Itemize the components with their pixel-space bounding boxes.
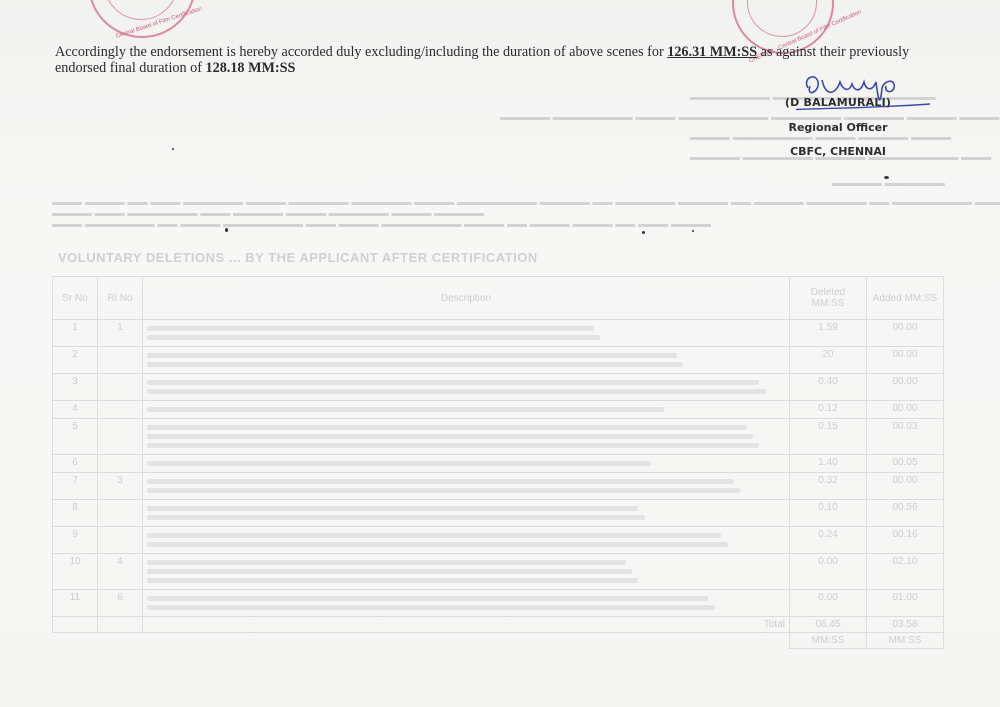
cell-deleted: 0.10	[790, 500, 867, 527]
cell-sr: 4	[53, 401, 98, 419]
cell-deleted: 0.15	[790, 419, 867, 455]
col-added: Added MM:SS	[867, 277, 944, 320]
cell-rl: 4	[98, 554, 143, 590]
cell-sr: 11	[53, 590, 98, 617]
ghost-line: ▬▬▬▬▬ ▬▬▬▬▬▬	[832, 178, 945, 189]
cell-sr: 5	[53, 419, 98, 455]
cell-deleted: 1.59	[790, 320, 867, 347]
signatory-block: (D BALAMURALI) Regional Officer CBFC, CH…	[778, 96, 898, 158]
cell-rl	[98, 401, 143, 419]
scan-speck	[884, 176, 889, 179]
cell-description	[143, 320, 790, 347]
cell-rl: 3	[98, 473, 143, 500]
cell-rl	[98, 455, 143, 473]
col-rl: Rl No	[98, 277, 143, 320]
cell-added: 00.00	[867, 347, 944, 374]
signatory-name: (D BALAMURALI)	[778, 96, 898, 109]
cell-sr: 9	[53, 527, 98, 554]
total-deleted-unit: MM:SS	[790, 633, 867, 649]
cell-rl	[98, 500, 143, 527]
cell-sr: 8	[53, 500, 98, 527]
cell-rl	[98, 419, 143, 455]
total-added: 03.58	[867, 617, 944, 633]
ghost-line: ▬▬▬▬ ▬▬▬ ▬▬▬▬▬▬▬ ▬▬▬ ▬▬▬▬▬ ▬▬▬▬ ▬▬▬▬▬▬ ▬…	[52, 208, 484, 219]
cell-deleted: 20	[790, 347, 867, 374]
cell-description	[143, 500, 790, 527]
cell-description	[143, 554, 790, 590]
table-row: 80.1000.56	[53, 500, 944, 527]
cell-description	[143, 590, 790, 617]
table-row: 50.1500.03	[53, 419, 944, 455]
cell-rl: 1	[98, 320, 143, 347]
signatory-office: CBFC, CHENNAI	[778, 145, 898, 158]
table-row: 90.2400.16	[53, 527, 944, 554]
table-row: 1040.0002.10	[53, 554, 944, 590]
cell-added: 00.00	[867, 401, 944, 419]
table-row: 730.3200.00	[53, 473, 944, 500]
cell-added: 00.00	[867, 320, 944, 347]
ghost-deletions-table: Sr No Rl No Description Deleted MM:SS Ad…	[52, 276, 944, 649]
cell-added: 00.00	[867, 473, 944, 500]
cell-added: 01.00	[867, 590, 944, 617]
col-description: Description	[143, 277, 790, 320]
old-duration: 128.18 MM:SS	[206, 60, 296, 76]
totals-label: Total	[143, 617, 790, 633]
cell-rl	[98, 374, 143, 401]
cell-sr: 7	[53, 473, 98, 500]
cell-deleted: 0.00	[790, 590, 867, 617]
table-row: 111.5900.00	[53, 320, 944, 347]
totals-row: Total06.4503.58	[53, 617, 944, 633]
cell-description	[143, 347, 790, 374]
cell-added: 00.56	[867, 500, 944, 527]
col-sr: Sr No	[53, 277, 98, 320]
cell-rl	[98, 347, 143, 374]
cell-added: 00.16	[867, 527, 944, 554]
scanned-page: ▬▬▬▬▬▬▬▬ ▬▬▬▬▬▬ ▬▬▬▬▬▬▬▬▬▬ ▬▬▬▬▬ ▬▬▬▬▬▬▬…	[0, 0, 1000, 707]
table-row: 1160.0001.00	[53, 590, 944, 617]
cell-deleted: 1.40	[790, 455, 867, 473]
table-row: 22000.00	[53, 347, 944, 374]
total-deleted: 06.45	[790, 617, 867, 633]
cell-deleted: 0.40	[790, 374, 867, 401]
cell-description	[143, 401, 790, 419]
ghost-heading: VOLUNTARY DELETIONS ... BY THE APPLICANT…	[58, 250, 538, 265]
cell-sr: 6	[53, 455, 98, 473]
cell-sr: 10	[53, 554, 98, 590]
cell-description	[143, 374, 790, 401]
cell-description	[143, 527, 790, 554]
scan-speck	[692, 230, 694, 232]
cell-sr: 1	[53, 320, 98, 347]
cell-description	[143, 473, 790, 500]
cell-description	[143, 455, 790, 473]
cell-added: 00.05	[867, 455, 944, 473]
cbfc-stamp-left: Central Board of Film Certification	[88, 0, 196, 38]
new-duration: 126.31 MM:SS	[667, 44, 757, 60]
table-row: 61.4000.05	[53, 455, 944, 473]
cell-added: 02.10	[867, 554, 944, 590]
col-deleted: Deleted MM:SS	[790, 277, 867, 320]
cell-added: 00.03	[867, 419, 944, 455]
table-row: 40.1200.00	[53, 401, 944, 419]
signatory-designation: Regional Officer	[778, 121, 898, 134]
scan-speck	[225, 228, 228, 232]
cell-rl: 6	[98, 590, 143, 617]
cell-rl	[98, 527, 143, 554]
cell-sr: 2	[53, 347, 98, 374]
table-row: 30.4000.00	[53, 374, 944, 401]
cell-deleted: 0.12	[790, 401, 867, 419]
ghost-line: ▬▬▬ ▬▬▬▬ ▬▬ ▬▬▬ ▬▬▬▬▬▬ ▬▬▬▬ ▬▬▬▬▬▬ ▬▬▬▬▬…	[52, 197, 1000, 208]
total-added-unit: MM:SS	[867, 633, 944, 649]
ghost-line: ▬▬▬ ▬▬▬▬▬▬▬ ▬▬ ▬▬▬▬ ▬▬▬▬▬▬▬▬ ▬▬▬ ▬▬▬▬ ▬▬…	[52, 219, 711, 230]
cell-deleted: 0.32	[790, 473, 867, 500]
scan-speck	[172, 148, 174, 150]
cell-description	[143, 419, 790, 455]
scan-speck	[642, 231, 645, 234]
cell-added: 00.00	[867, 374, 944, 401]
cell-deleted: 0.00	[790, 554, 867, 590]
cell-sr: 3	[53, 374, 98, 401]
totals-units-row: MM:SSMM:SS	[53, 633, 944, 649]
cell-deleted: 0.24	[790, 527, 867, 554]
